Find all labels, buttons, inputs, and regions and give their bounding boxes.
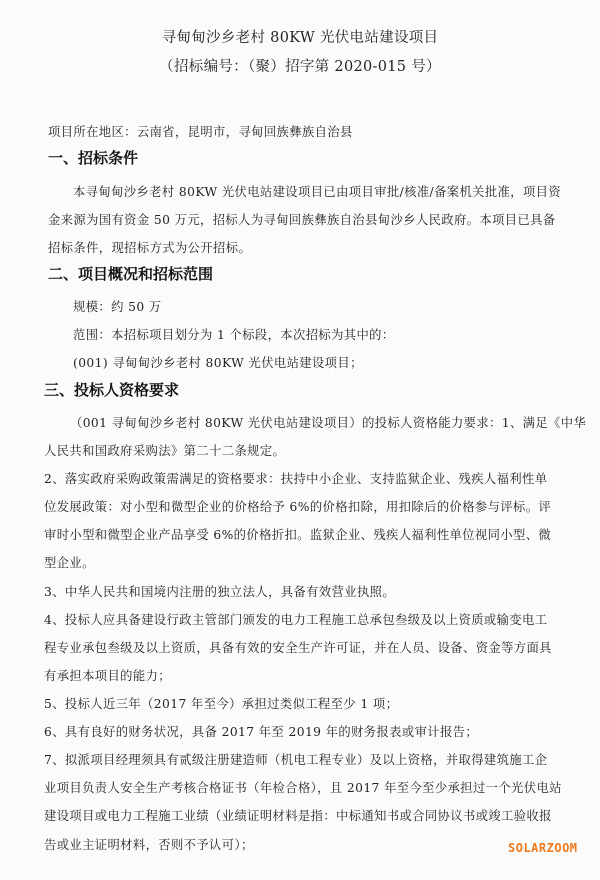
paragraph-line: 人民共和国政府采购法》第二十二条规定。 xyxy=(44,441,285,459)
paragraph-line: （001 寻甸甸沙乡老村 80KW 光伏电站建设项目）的投标人资格能力要求：1、… xyxy=(70,413,586,431)
paragraph-line: 金来源为国有资金 50 万元，招标人为寻甸回族彝族自治县甸沙乡人民政府。本项目已… xyxy=(48,210,556,228)
paragraph-line: 4、投标人应具备建设行政主管部门颁发的电力工程施工总承包叁级及以上资质或输变电工 xyxy=(44,610,547,628)
paragraph-line: 位发展政策：对小型和微型企业的价格给予 6%的价格扣除，用扣除后的价格参与评标。… xyxy=(44,497,551,515)
paragraph-line: 本寻甸甸沙乡老村 80KW 光伏电站建设项目已由项目审批/核准/备案机关批准，项… xyxy=(73,182,561,200)
section-heading-2: 二、项目概况和招标范围 xyxy=(48,263,213,284)
paragraph-line: 审时小型和微型企业产品享受 6%的价格折扣。监狱企业、残疾人福利性单位视同小型、… xyxy=(44,525,551,543)
document-page: 寻甸甸沙乡老村 80KW 光伏电站建设项目 （招标编号：（聚）招字第 2020-… xyxy=(0,0,600,880)
paragraph-line: 7、拟派项目经理须具有贰级注册建造师（机电工程专业）及以上资格，并取得建筑施工企 xyxy=(44,750,547,768)
paragraph-line: 范围：本招标项目划分为 1 个标段，本次招标为其中的： xyxy=(73,325,395,343)
paragraph-line: 程专业承包叁级及以上资质，具备有效的安全生产许可证，并在人员、设备、资金等方面具 xyxy=(44,638,552,656)
paragraph-line: 招标条件，现招标方式为公开招标。 xyxy=(48,238,251,256)
paragraph-line: 业项目负责人安全生产考核合格证书（年检合格），且 2017 年至今至少承担过一个… xyxy=(44,778,562,796)
document-title: 寻甸甸沙乡老村 80KW 光伏电站建设项目 xyxy=(0,26,600,47)
solarzoom-watermark: SOLARZOOM xyxy=(508,841,578,855)
paragraph-line: 有承担本项目的能力； xyxy=(44,666,171,684)
paragraph-line: 5、投标人近三年（2017 年至今）承担过类似工程至少 1 项； xyxy=(44,694,398,712)
tender-number: （招标编号：（聚）招字第 2020-015 号） xyxy=(0,55,600,76)
paragraph-line: 告或业主证明材料，否则不予认可）； xyxy=(44,835,254,853)
paragraph-line: 规模：约 50 万 xyxy=(73,297,162,315)
section-heading-1: 一、招标条件 xyxy=(48,147,138,168)
paragraph-line: 3、中华人民共和国境内注册的独立法人，具备有效营业执照。 xyxy=(44,582,395,600)
paragraph-line: (001) 寻甸甸沙乡老村 80KW 光伏电站建设项目； xyxy=(73,353,363,371)
paragraph-line: 6、具有良好的财务状况，具备 2017 年至 2019 年的财务报表或审计报告； xyxy=(44,722,478,740)
section-heading-3: 三、投标人资格要求 xyxy=(44,379,179,400)
paragraph-line: 型企业。 xyxy=(44,553,95,571)
paragraph-line: 2、落实政府采购政策需满足的资格要求：扶持中小企业、支持监狱企业、残疾人福利性单 xyxy=(44,469,547,487)
project-location: 项目所在地区：云南省，昆明市，寻甸回族彝族自治县 xyxy=(48,122,353,140)
paragraph-line: 建设项目或电力工程施工业绩（业绩证明材料是指：中标通知书或合同协议书或竣工验收报 xyxy=(44,806,552,824)
